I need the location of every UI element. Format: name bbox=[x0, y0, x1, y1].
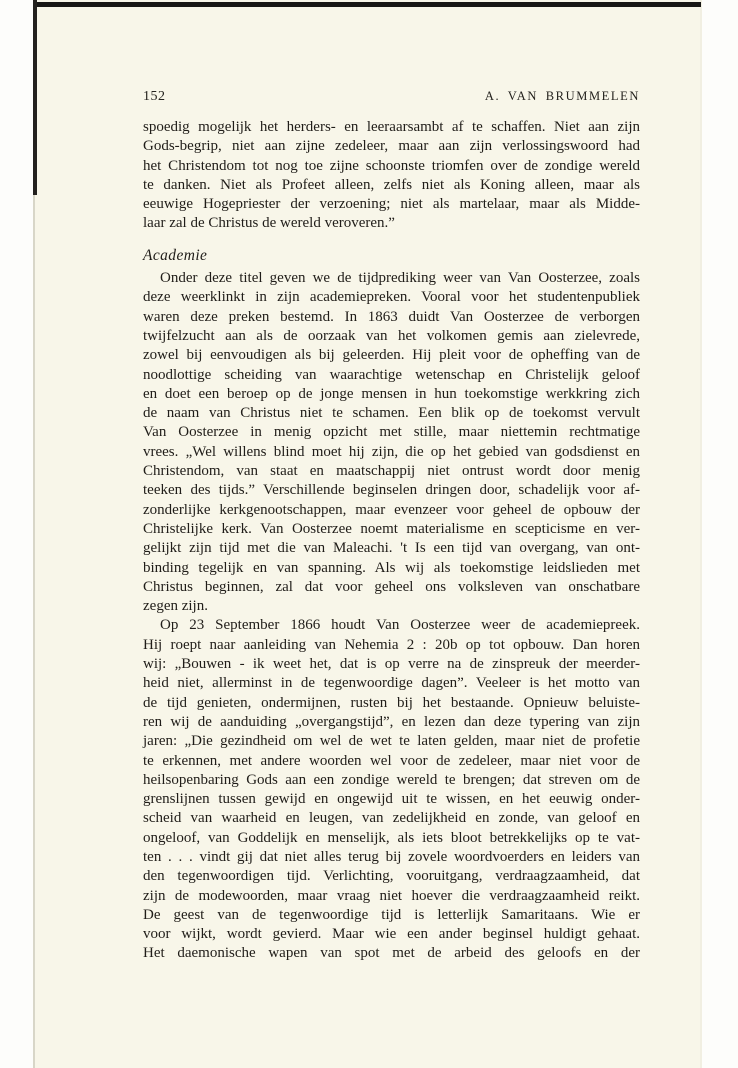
paragraph: spoedig mogelijk het herders- en leeraar… bbox=[143, 118, 640, 234]
text-line: ren wij de aanduiding „overgangstijd”, e… bbox=[143, 713, 640, 732]
text-line: gelijkt zijn tijd met die van Maleachi. … bbox=[143, 539, 640, 558]
section-heading: Academie bbox=[143, 246, 640, 265]
running-head: A. VAN BRUMMELEN bbox=[485, 89, 640, 104]
text-line: wij: „Bouwen - ik weet het, dat is op ve… bbox=[143, 655, 640, 674]
text-line: eeuwige Hogepriester der verzoening; nie… bbox=[143, 195, 640, 214]
page-body: spoedig mogelijk het herders- en leeraar… bbox=[143, 118, 640, 964]
text-line: zegen zijn. bbox=[143, 597, 640, 616]
text-line: het Christendom tot nog toe zijne schoon… bbox=[143, 157, 640, 176]
book-page: 152 A. VAN BRUMMELEN spoedig mogelijk he… bbox=[33, 0, 702, 1068]
text-line: deze weerklinkt in zijn academiepreken. … bbox=[143, 288, 640, 307]
text-line: ongeloof, van Goddelijk en menselijk, al… bbox=[143, 829, 640, 848]
text-line: Christelijke kerk. Van Oosterzee noemt m… bbox=[143, 520, 640, 539]
text-line: de tijd genieten, ondermijnen, rusten bi… bbox=[143, 694, 640, 713]
scanned-document: 152 A. VAN BRUMMELEN spoedig mogelijk he… bbox=[0, 0, 738, 1068]
text-line: Het daemonische wapen van spot met de ar… bbox=[143, 944, 640, 963]
text-line: zijn de modewoorden, maar vraag niet hoe… bbox=[143, 887, 640, 906]
page-edge-line bbox=[33, 195, 35, 1068]
text-line: scheid van waarheid en leugen, van zedel… bbox=[143, 809, 640, 828]
text-line: Hij roept naar aanleiding van Nehemia 2 … bbox=[143, 636, 640, 655]
text-line: en doet een beroep op de jonge mensen in… bbox=[143, 385, 640, 404]
text-line: de naam van Christus niet te schamen. Ee… bbox=[143, 404, 640, 423]
text-line: te erkennen, met andere woorden wel voor… bbox=[143, 752, 640, 771]
paragraph: Onder deze titel geven we de tijdprediki… bbox=[143, 269, 640, 616]
text-line: zowel bij eenvoudigen als bij geleerden.… bbox=[143, 346, 640, 365]
text-line: heid niet, allerminst in de tegenwoordig… bbox=[143, 674, 640, 693]
text-line: binding tegelijk en van spanning. Als wi… bbox=[143, 559, 640, 578]
paragraph: Op 23 September 1866 houdt Van Oosterzee… bbox=[143, 616, 640, 963]
page-number: 152 bbox=[143, 89, 166, 105]
text-line: zonderlijke kerkgenootschappen, maar eve… bbox=[143, 501, 640, 520]
scan-border-top bbox=[33, 2, 701, 7]
text-line: De geest van de tegenwoordige tijd is le… bbox=[143, 906, 640, 925]
text-line: voor wijkt, wordt gevierd. Maar wie een … bbox=[143, 925, 640, 944]
text-line: Gods-begrip, niet aan zijne zedeleer, ma… bbox=[143, 137, 640, 156]
text-line: noodlottige scheiding van waarachtige we… bbox=[143, 366, 640, 385]
text-line: Christus beginnen, zal dat voor geheel o… bbox=[143, 578, 640, 597]
text-line: spoedig mogelijk het herders- en leeraar… bbox=[143, 118, 640, 137]
text-line: heilsopenbaring Gods aan een zondige wer… bbox=[143, 771, 640, 790]
text-line: te danken. Niet als Profeet alleen, zelf… bbox=[143, 176, 640, 195]
text-line: laar zal de Christus de wereld veroveren… bbox=[143, 214, 640, 233]
text-line: Van Oosterzee in menig opzicht met still… bbox=[143, 423, 640, 442]
scan-border-left bbox=[33, 0, 37, 195]
text-line: den tegenwoordigen tijd. Verlichting, vo… bbox=[143, 867, 640, 886]
text-line: Christendom, van staat en maatschappij n… bbox=[143, 462, 640, 481]
text-line: waren deze preken bestemd. In 1863 duidt… bbox=[143, 308, 640, 327]
text-line: Onder deze titel geven we de tijdprediki… bbox=[143, 269, 640, 288]
page-header: 152 A. VAN BRUMMELEN bbox=[143, 89, 640, 105]
text-line: Op 23 September 1866 houdt Van Oosterzee… bbox=[143, 616, 640, 635]
text-line: grenslijnen tussen gewijd en ongewijd ui… bbox=[143, 790, 640, 809]
text-line: jaren: „Die gezindheid om wel de wet te … bbox=[143, 732, 640, 751]
text-line: ten . . . vindt gij dat niet alles terug… bbox=[143, 848, 640, 867]
text-line: vrees. „Wel willens blind moet hij zijn,… bbox=[143, 443, 640, 462]
text-line: teeken des tijds.” Verschillende beginse… bbox=[143, 481, 640, 500]
text-line: twijfelzucht aan als de oorzaak van het … bbox=[143, 327, 640, 346]
